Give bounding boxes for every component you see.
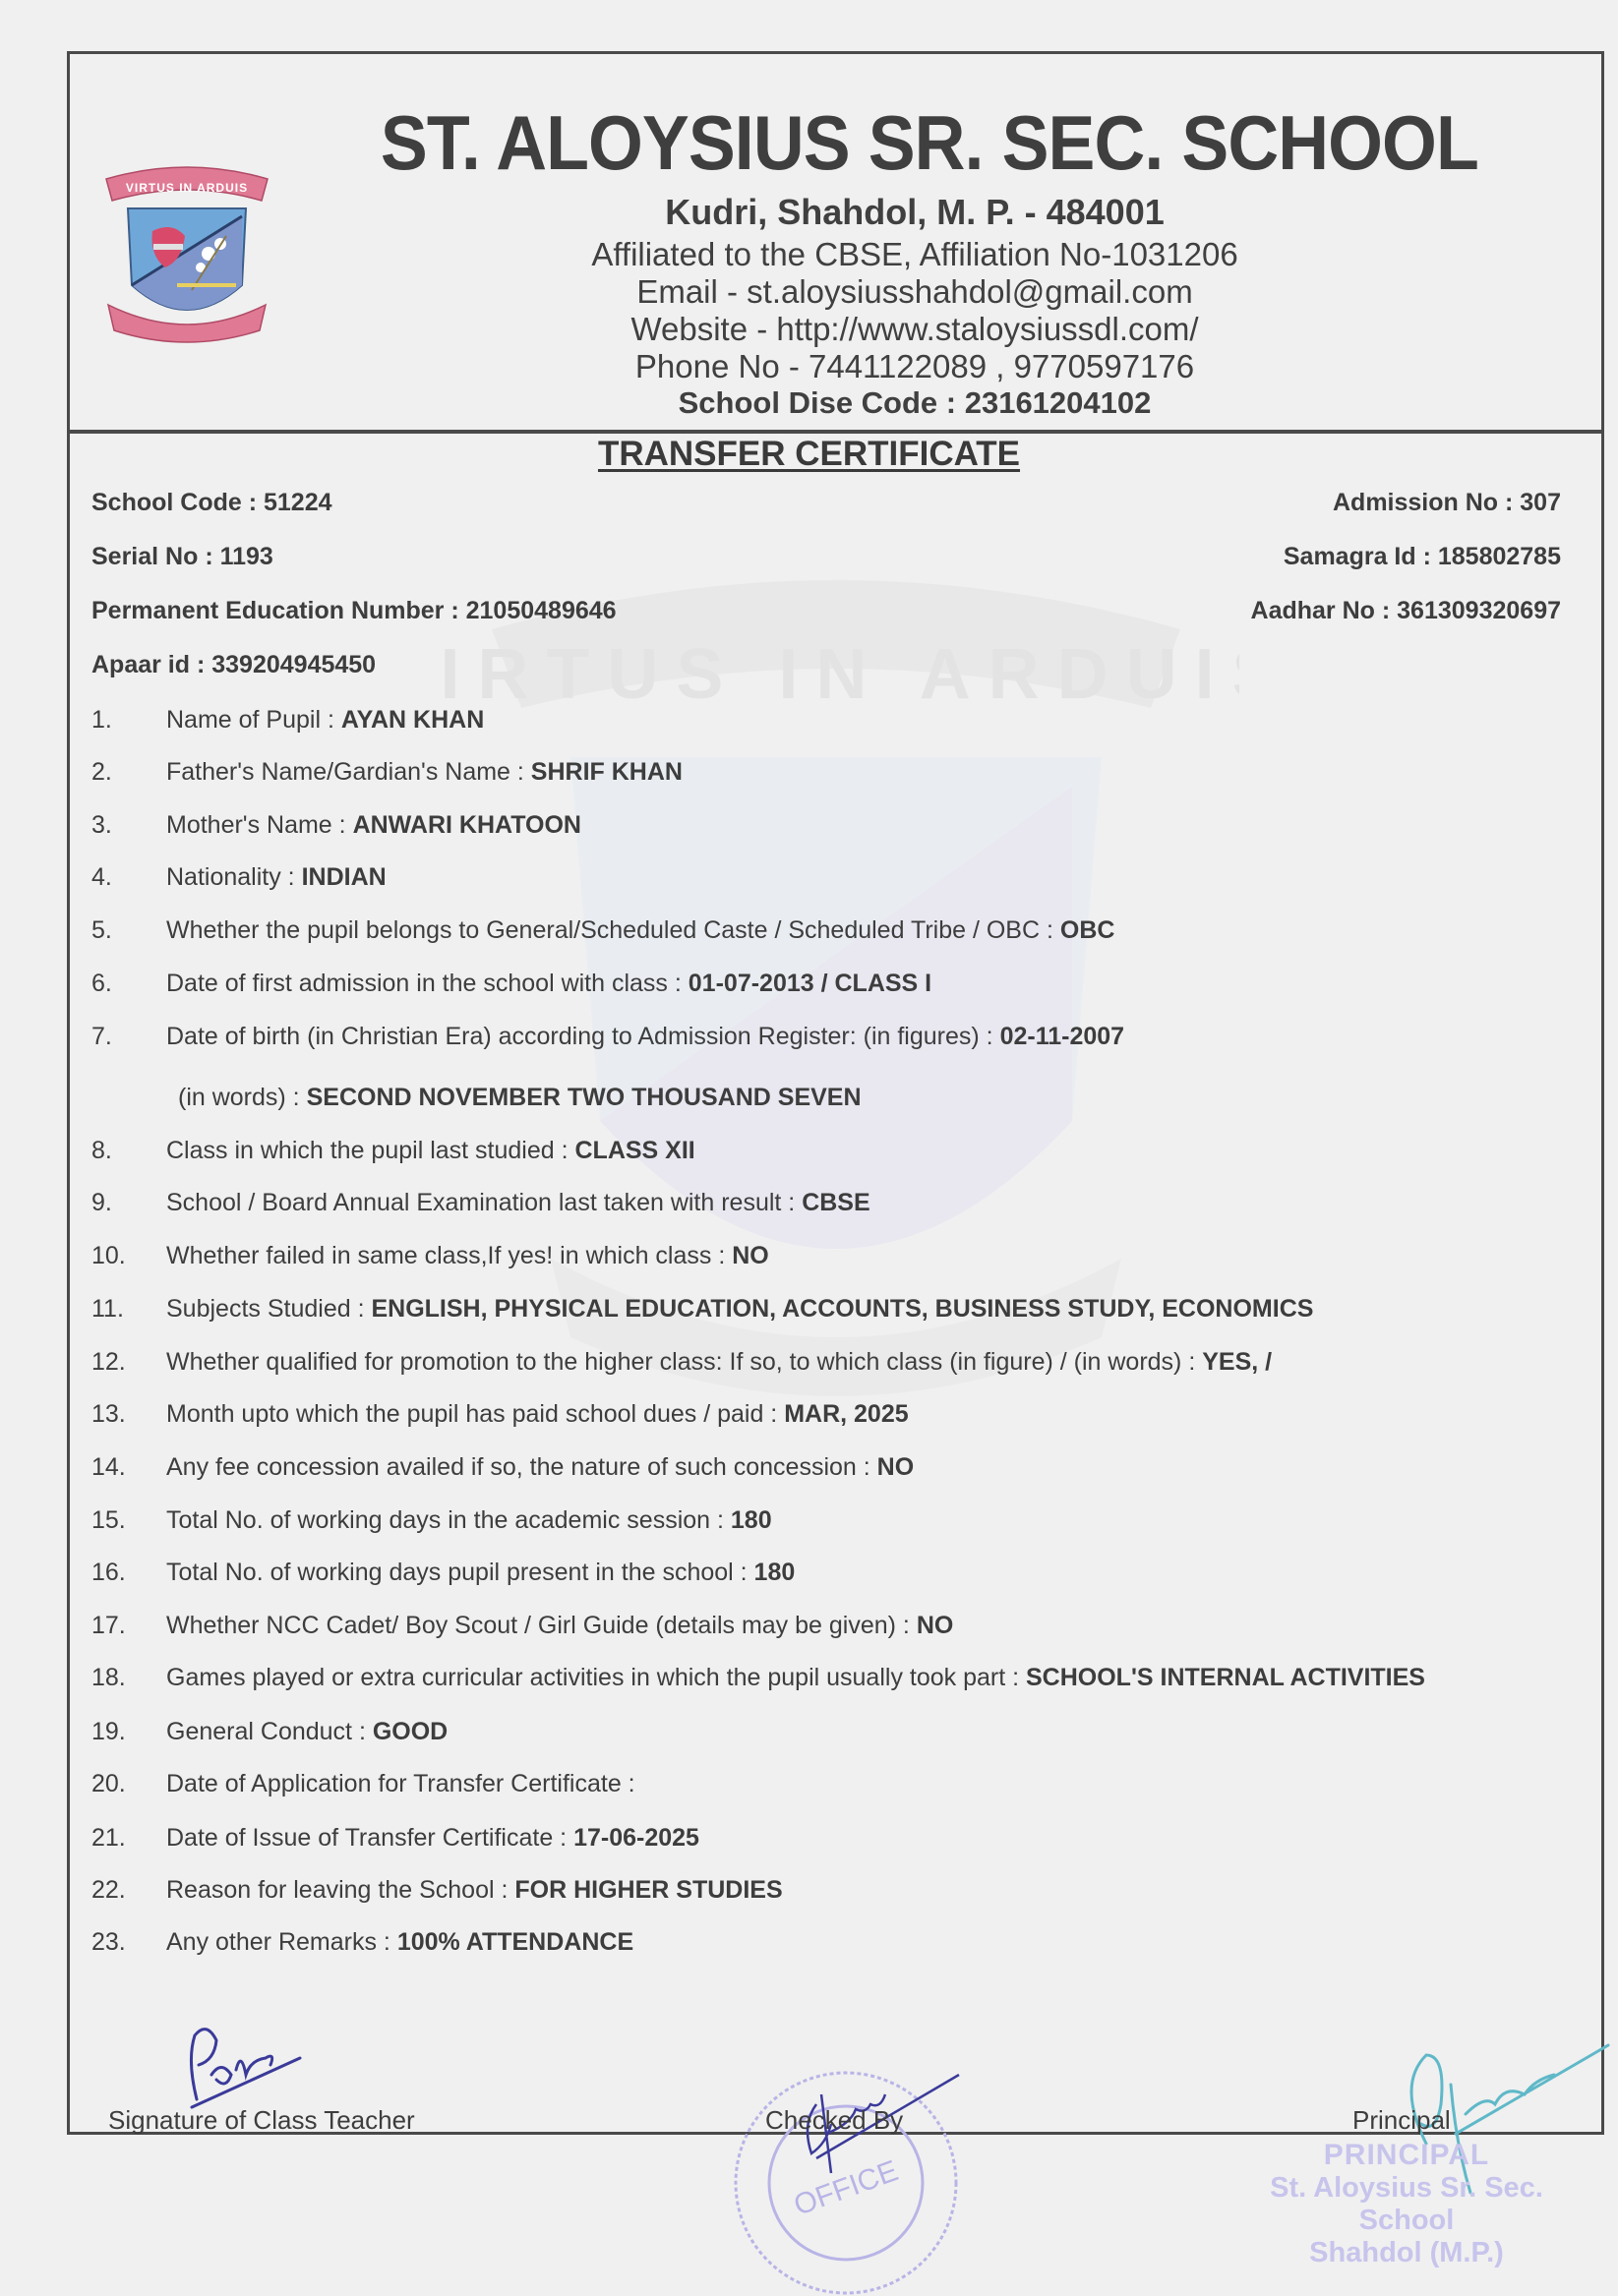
item-number: 14. <box>91 1453 166 1482</box>
item-label: General Conduct : <box>166 1718 373 1745</box>
school-phone: Phone No - 7441122089 , 9770597176 <box>511 348 1318 385</box>
item-value: NO <box>917 1612 954 1639</box>
school-email: Email - st.aloysiusshahdol@gmail.com <box>511 273 1318 311</box>
certificate-item: 9.School / Board Annual Examination last… <box>91 1189 870 1217</box>
item-number: 2. <box>91 758 166 787</box>
item-number: 22. <box>91 1876 166 1905</box>
principal-stamp-school: St. Aloysius Sr. Sec. School <box>1220 2172 1593 2237</box>
certificate-item: 3.Mother's Name : ANWARI KHATOON <box>91 811 581 840</box>
checked-by-label: Checked By <box>765 2105 903 2136</box>
item-value: NO <box>877 1453 915 1481</box>
item-value: CBSE <box>802 1189 869 1216</box>
certificate-item: 7.Date of birth (in Christian Era) accor… <box>91 1023 1124 1051</box>
serial-number: Serial No : 1193 <box>91 543 273 571</box>
item-value: 180 <box>754 1559 796 1586</box>
item-label: Whether qualified for promotion to the h… <box>166 1348 1202 1376</box>
certificate-item: 11.Subjects Studied : ENGLISH, PHYSICAL … <box>91 1295 1313 1324</box>
item-label: Reason for leaving the School : <box>166 1876 514 1904</box>
item-label: Total No. of working days in the academi… <box>166 1506 731 1534</box>
item-label: Any other Remarks : <box>166 1928 397 1956</box>
item-value: 02-11-2007 <box>1000 1023 1125 1050</box>
item-label: Mother's Name : <box>166 811 353 839</box>
item-label: Nationality : <box>166 863 302 891</box>
item-number: 9. <box>91 1189 166 1217</box>
item-value: 180 <box>731 1506 772 1534</box>
item-number: 6. <box>91 970 166 998</box>
certificate-item: 21.Date of Issue of Transfer Certificate… <box>91 1824 699 1853</box>
item-value: GOOD <box>373 1718 448 1745</box>
school-code: School Code : 51224 <box>91 489 332 517</box>
principal-label: Principal <box>1352 2105 1451 2136</box>
item-value: ANWARI KHATOON <box>353 811 581 839</box>
item-number: 11. <box>91 1295 166 1324</box>
item-number: 4. <box>91 863 166 892</box>
item-label: Subjects Studied : <box>166 1295 371 1323</box>
certificate-item: 16.Total No. of working days pupil prese… <box>91 1559 795 1587</box>
certificate-item: 5.Whether the pupil belongs to General/S… <box>91 916 1114 945</box>
class-teacher-signature-label: Signature of Class Teacher <box>108 2105 415 2136</box>
certificate-item: 1.Name of Pupil : AYAN KHAN <box>91 706 484 735</box>
item-number: 3. <box>91 811 166 840</box>
item-label: Date of Application for Transfer Certifi… <box>166 1770 635 1797</box>
item-number: 5. <box>91 916 166 945</box>
item-number: 18. <box>91 1664 166 1692</box>
item-label: Father's Name/Gardian's Name : <box>166 758 531 786</box>
item-value: ENGLISH, PHYSICAL EDUCATION, ACCOUNTS, B… <box>371 1295 1313 1323</box>
item-label: Date of Issue of Transfer Certificate : <box>166 1824 573 1852</box>
item-number: 13. <box>91 1400 166 1429</box>
item-label: Whether the pupil belongs to General/Sch… <box>166 916 1060 944</box>
item-label: Name of Pupil : <box>166 706 341 734</box>
school-affiliation: Affiliated to the CBSE, Affiliation No-1… <box>511 236 1318 273</box>
item-label: Date of first admission in the school wi… <box>166 970 689 997</box>
school-address: Kudri, Shahdol, M. P. - 484001 <box>511 192 1318 233</box>
item-value: CLASS XII <box>575 1137 695 1164</box>
item-value: YES, / <box>1202 1348 1272 1376</box>
school-website: Website - http://www.staloysiussdl.com/ <box>511 311 1318 348</box>
item-number: 23. <box>91 1928 166 1957</box>
item-value: AYAN KHAN <box>341 706 484 734</box>
principal-stamp: PRINCIPAL St. Aloysius Sr. Sec. School S… <box>1220 2139 1593 2269</box>
certificate-item: 23.Any other Remarks : 100% ATTENDANCE <box>91 1928 633 1957</box>
item-value: SHRIF KHAN <box>531 758 683 786</box>
certificate-item: 14.Any fee concession availed if so, the… <box>91 1453 914 1482</box>
certificate-item: 15.Total No. of working days in the acad… <box>91 1506 772 1535</box>
principal-stamp-title: PRINCIPAL <box>1220 2139 1593 2172</box>
school-name: ST. ALOYSIUS SR. SEC. SCHOOL <box>90 98 1579 188</box>
item-number: 17. <box>91 1612 166 1640</box>
school-dise-code: School Dise Code : 23161204102 <box>511 385 1318 421</box>
certificate-item: 10.Whether failed in same class,If yes! … <box>91 1242 769 1270</box>
item-label: Whether NCC Cadet/ Boy Scout / Girl Guid… <box>166 1612 917 1639</box>
admission-number: Admission No : 307 <box>1333 489 1561 517</box>
item-label: Games played or extra curricular activit… <box>166 1664 1026 1691</box>
certificate-item: 22.Reason for leaving the School : FOR H… <box>91 1876 783 1905</box>
item-number: 16. <box>91 1559 166 1587</box>
document-title: TRANSFER CERTIFICATE <box>0 435 1618 474</box>
item-label: Date of birth (in Christian Era) accordi… <box>166 1023 1000 1050</box>
item-label: Class in which the pupil last studied : <box>166 1137 575 1164</box>
item-number: 20. <box>91 1770 166 1798</box>
item-value: OBC <box>1060 916 1115 944</box>
dob-in-words: (in words) : SECOND NOVEMBER TWO THOUSAN… <box>178 1084 862 1112</box>
certificate-item: 2.Father's Name/Gardian's Name : SHRIF K… <box>91 758 683 787</box>
item-label: Whether failed in same class,If yes! in … <box>166 1242 732 1269</box>
certificate-item: 19.General Conduct : GOOD <box>91 1718 448 1746</box>
item-value: SCHOOL'S INTERNAL ACTIVITIES <box>1026 1664 1425 1691</box>
item-number: 7. <box>91 1023 166 1051</box>
item-number: 21. <box>91 1824 166 1853</box>
certificate-item: 4.Nationality : INDIAN <box>91 863 387 892</box>
item-value: FOR HIGHER STUDIES <box>514 1876 782 1904</box>
item-number: 19. <box>91 1718 166 1746</box>
item-number: 12. <box>91 1348 166 1377</box>
certificate-item: 12.Whether qualified for promotion to th… <box>91 1348 1272 1377</box>
item-number: 15. <box>91 1506 166 1535</box>
certificate-item: 20.Date of Application for Transfer Cert… <box>91 1770 635 1798</box>
item-number: 10. <box>91 1242 166 1270</box>
item-label: Total No. of working days pupil present … <box>166 1559 754 1586</box>
aadhar-number: Aadhar No : 361309320697 <box>1251 597 1561 625</box>
samagra-id: Samagra Id : 185802785 <box>1284 543 1561 571</box>
document-title-text: TRANSFER CERTIFICATE <box>598 435 1020 473</box>
item-number: 1. <box>91 706 166 735</box>
certificate-item: 17.Whether NCC Cadet/ Boy Scout / Girl G… <box>91 1612 953 1640</box>
item-value: 100% ATTENDANCE <box>397 1928 633 1956</box>
item-label: Any fee concession availed if so, the na… <box>166 1453 877 1481</box>
item-number: 8. <box>91 1137 166 1165</box>
principal-stamp-place: Shahdol (M.P.) <box>1220 2237 1593 2269</box>
item-value: MAR, 2025 <box>784 1400 908 1428</box>
certificate-item: 18.Games played or extra curricular acti… <box>91 1664 1425 1692</box>
item-label: School / Board Annual Examination last t… <box>166 1189 802 1216</box>
dob-words-value: SECOND NOVEMBER TWO THOUSAND SEVEN <box>307 1084 862 1111</box>
item-value: 17-06-2025 <box>573 1824 699 1852</box>
item-value: 01-07-2013 / CLASS I <box>689 970 931 997</box>
certificate-item: 8.Class in which the pupil last studied … <box>91 1137 695 1165</box>
dob-words-label: (in words) : <box>178 1084 307 1111</box>
item-value: INDIAN <box>302 863 387 891</box>
item-value: NO <box>732 1242 769 1269</box>
certificate-item: 13.Month upto which the pupil has paid s… <box>91 1400 909 1429</box>
apaar-id: Apaar id : 339204945450 <box>91 651 376 679</box>
svg-text:OFFICE: OFFICE <box>790 2154 903 2222</box>
certificate-item: 6.Date of first admission in the school … <box>91 970 931 998</box>
item-label: Month upto which the pupil has paid scho… <box>166 1400 784 1428</box>
permanent-education-number: Permanent Education Number : 21050489646 <box>91 597 617 625</box>
